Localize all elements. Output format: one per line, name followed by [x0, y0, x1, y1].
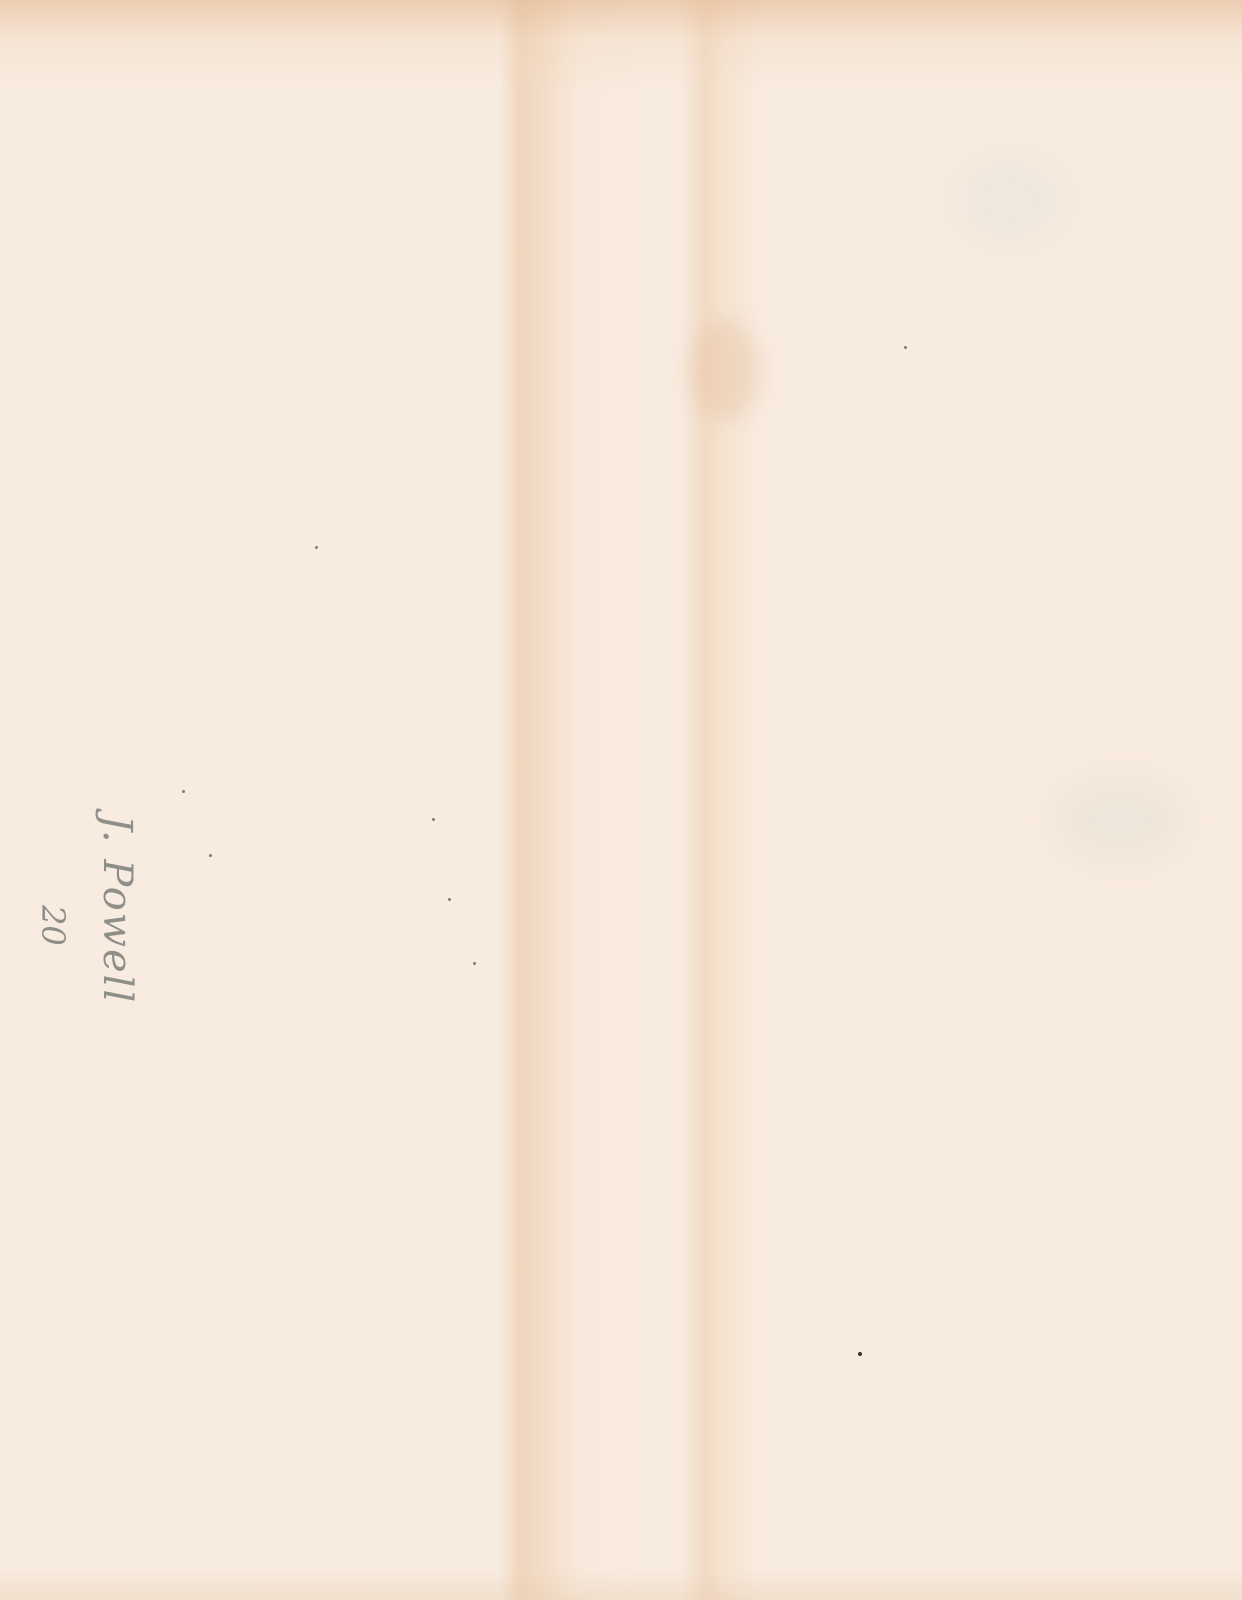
speck — [473, 962, 476, 965]
speck — [315, 546, 318, 549]
speck — [904, 346, 907, 349]
discoloration — [960, 160, 1060, 240]
handwritten-number: 20 — [34, 905, 72, 946]
handwritten-name: J. Powell — [94, 815, 140, 1004]
water-stain — [690, 320, 760, 420]
discoloration — [1060, 780, 1180, 860]
paper-edge — [0, 1570, 1242, 1600]
speck — [858, 1352, 862, 1356]
speck — [209, 854, 212, 857]
speck — [448, 898, 451, 901]
paper-page: J. Powell 20 — [0, 0, 1242, 1600]
speck — [432, 818, 435, 821]
speck — [182, 790, 185, 793]
